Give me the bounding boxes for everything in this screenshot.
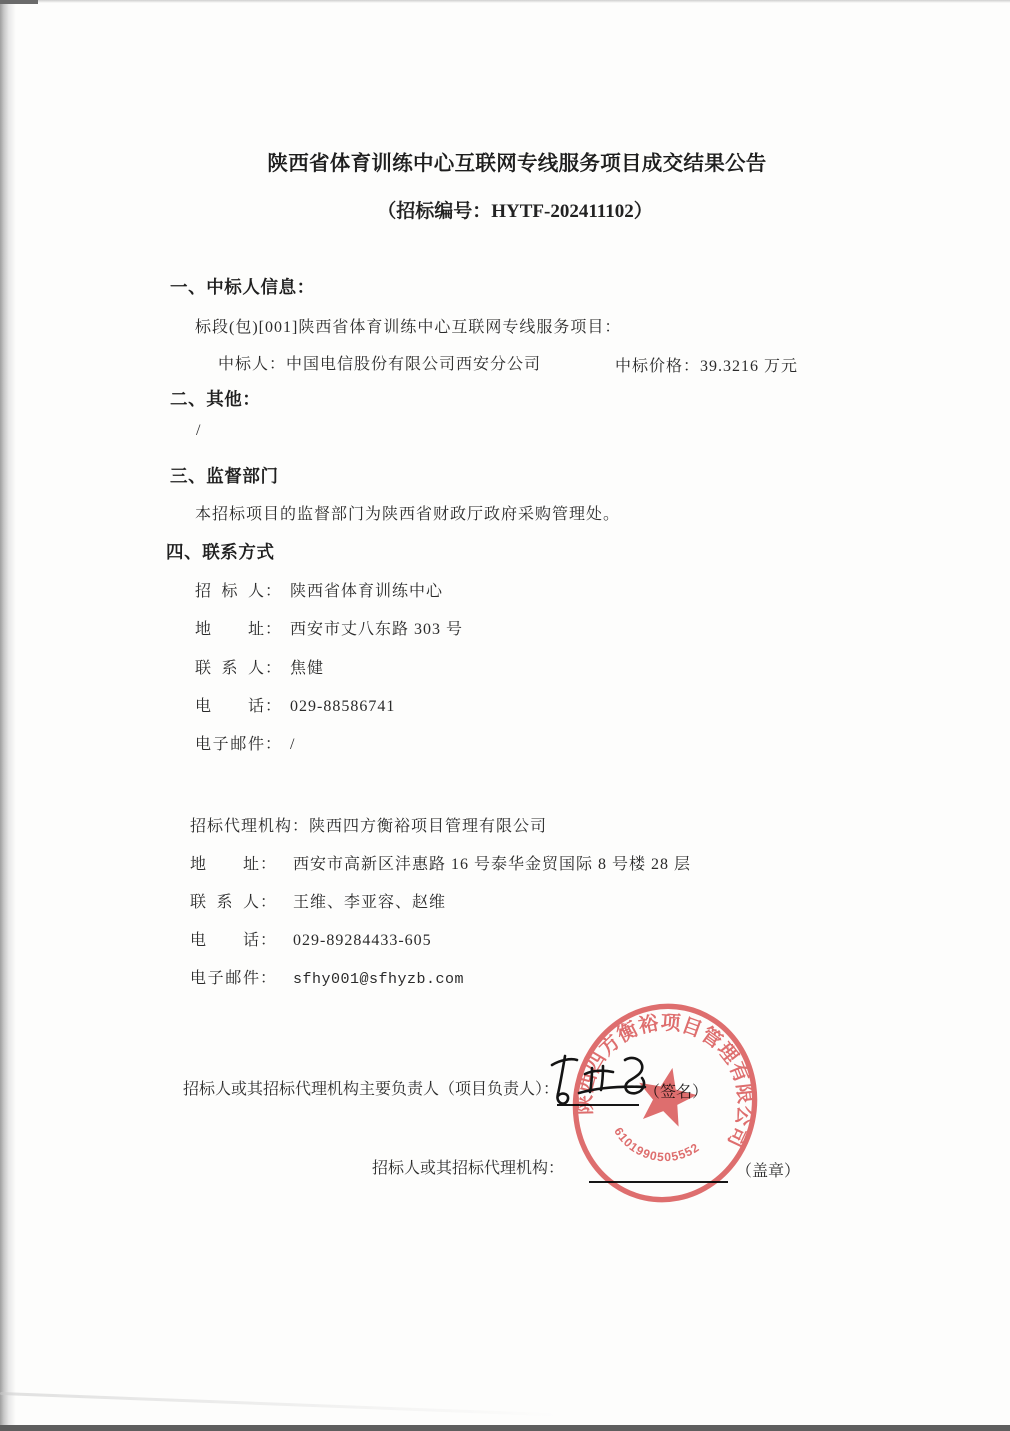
- scan-corner-mark: [0, 0, 38, 4]
- svg-text:6101990505552: 6101990505552: [607, 1123, 704, 1173]
- winner-label: 中标人：: [218, 356, 286, 373]
- agency-email-label: 电子邮件: [190, 965, 260, 988]
- lot-line: 标段(包)[001]陕西省体育训练中心互联网专线服务项目：: [195, 314, 621, 337]
- section2-content: /: [196, 422, 201, 440]
- colon: ：: [260, 970, 277, 987]
- colon: ：: [265, 621, 282, 638]
- winner-line: 中标人：中国电信股份有限公司西安分公司: [218, 351, 541, 374]
- colon: ：: [265, 660, 282, 677]
- tenderer-address-label: 地址: [195, 616, 265, 639]
- agency-contact-label: 联系人: [190, 889, 260, 912]
- tenderer-row-name: 招标人：陕西省体育训练中心: [195, 578, 443, 601]
- tenderer-phone-label: 电话: [195, 693, 265, 716]
- tenderer-name-value: 陕西省体育训练中心: [290, 583, 443, 600]
- colon: ：: [260, 856, 277, 873]
- handwritten-signature: [545, 1048, 657, 1112]
- agency-row-address: 地址：西安市高新区沣惠路 16 号泰华金贸国际 8 号楼 28 层: [190, 851, 691, 874]
- winner-value: 中国电信股份有限公司西安分公司: [286, 356, 541, 373]
- section1-heading: 一、中标人信息：: [170, 274, 315, 299]
- tenderer-row-email: 电子邮件：/: [195, 731, 295, 754]
- colon: ：: [292, 818, 309, 835]
- agency-phone-value: 029-89284433-605: [293, 932, 432, 949]
- signature-line1-label: 招标人或其招标代理机构主要负责人（项目负责人）：: [183, 1076, 559, 1099]
- document-title: 陕西省体育训练中心互联网专线服务项目成交结果公告: [12, 146, 1010, 176]
- tenderer-email-label: 电子邮件: [195, 731, 265, 754]
- section3-heading: 三、监督部门: [170, 463, 279, 488]
- agency-address-value: 西安市高新区沣惠路 16 号泰华金贸国际 8 号楼 28 层: [293, 856, 691, 873]
- tenderer-address-value: 西安市丈八东路 303 号: [290, 621, 463, 638]
- scan-bottom-bar: [0, 1425, 1010, 1431]
- agency-phone-label: 电话: [190, 927, 260, 950]
- section4-heading: 四、联系方式: [166, 539, 275, 564]
- tenderer-phone-value: 029-88586741: [290, 698, 395, 715]
- tenderer-contact-value: 焦健: [290, 660, 324, 677]
- tender-number-subtitle: （招标编号：HYTF-202411102）: [10, 196, 1010, 223]
- scan-bottom-shadow: [0, 1392, 560, 1416]
- tenderer-name-label: 招标人: [195, 578, 265, 601]
- agency-row-contact: 联系人：王维、李亚容、赵维: [190, 889, 446, 912]
- colon: ：: [265, 583, 282, 600]
- tenderer-row-contact: 联系人：焦健: [195, 655, 324, 678]
- supervision-text: 本招标项目的监督部门为陕西省财政厅政府采购管理处。: [195, 501, 620, 524]
- tenderer-row-phone: 电话：029-88586741: [195, 693, 395, 716]
- colon: ：: [260, 932, 277, 949]
- agency-name-label: 招标代理机构: [190, 818, 292, 835]
- tenderer-contact-label: 联系人: [195, 655, 265, 678]
- document-page: 陕西省体育训练中心互联网专线服务项目成交结果公告 （招标编号：HYTF-2024…: [0, 0, 1010, 1431]
- agency-row-phone: 电话：029-89284433-605: [190, 927, 432, 950]
- section2-heading: 二、其他：: [170, 386, 261, 411]
- agency-address-label: 地址: [190, 851, 260, 874]
- scan-top-edge: [0, 0, 1010, 3]
- price-line: 中标价格：39.3216 万元: [615, 353, 798, 376]
- seal-number-text: 6101990505552: [607, 1123, 704, 1173]
- signature-line2-label: 招标人或其招标代理机构：: [372, 1155, 564, 1178]
- price-label: 中标价格：: [615, 358, 700, 375]
- tenderer-email-value: /: [290, 736, 295, 753]
- colon: ：: [265, 698, 282, 715]
- agency-contact-value: 王维、李亚容、赵维: [293, 894, 446, 911]
- agency-email-value: sfhy001@sfhyzb.com: [293, 971, 464, 988]
- agency-name-value: 陕西四方衡裕项目管理有限公司: [309, 818, 547, 835]
- agency-row-email: 电子邮件：sfhy001@sfhyzb.com: [190, 965, 464, 988]
- price-value: 39.3216 万元: [700, 358, 798, 375]
- agency-row-name: 招标代理机构：陕西四方衡裕项目管理有限公司: [190, 813, 547, 836]
- colon: ：: [265, 736, 282, 753]
- colon: ：: [260, 894, 277, 911]
- tenderer-row-address: 地址：西安市丈八东路 303 号: [195, 616, 463, 639]
